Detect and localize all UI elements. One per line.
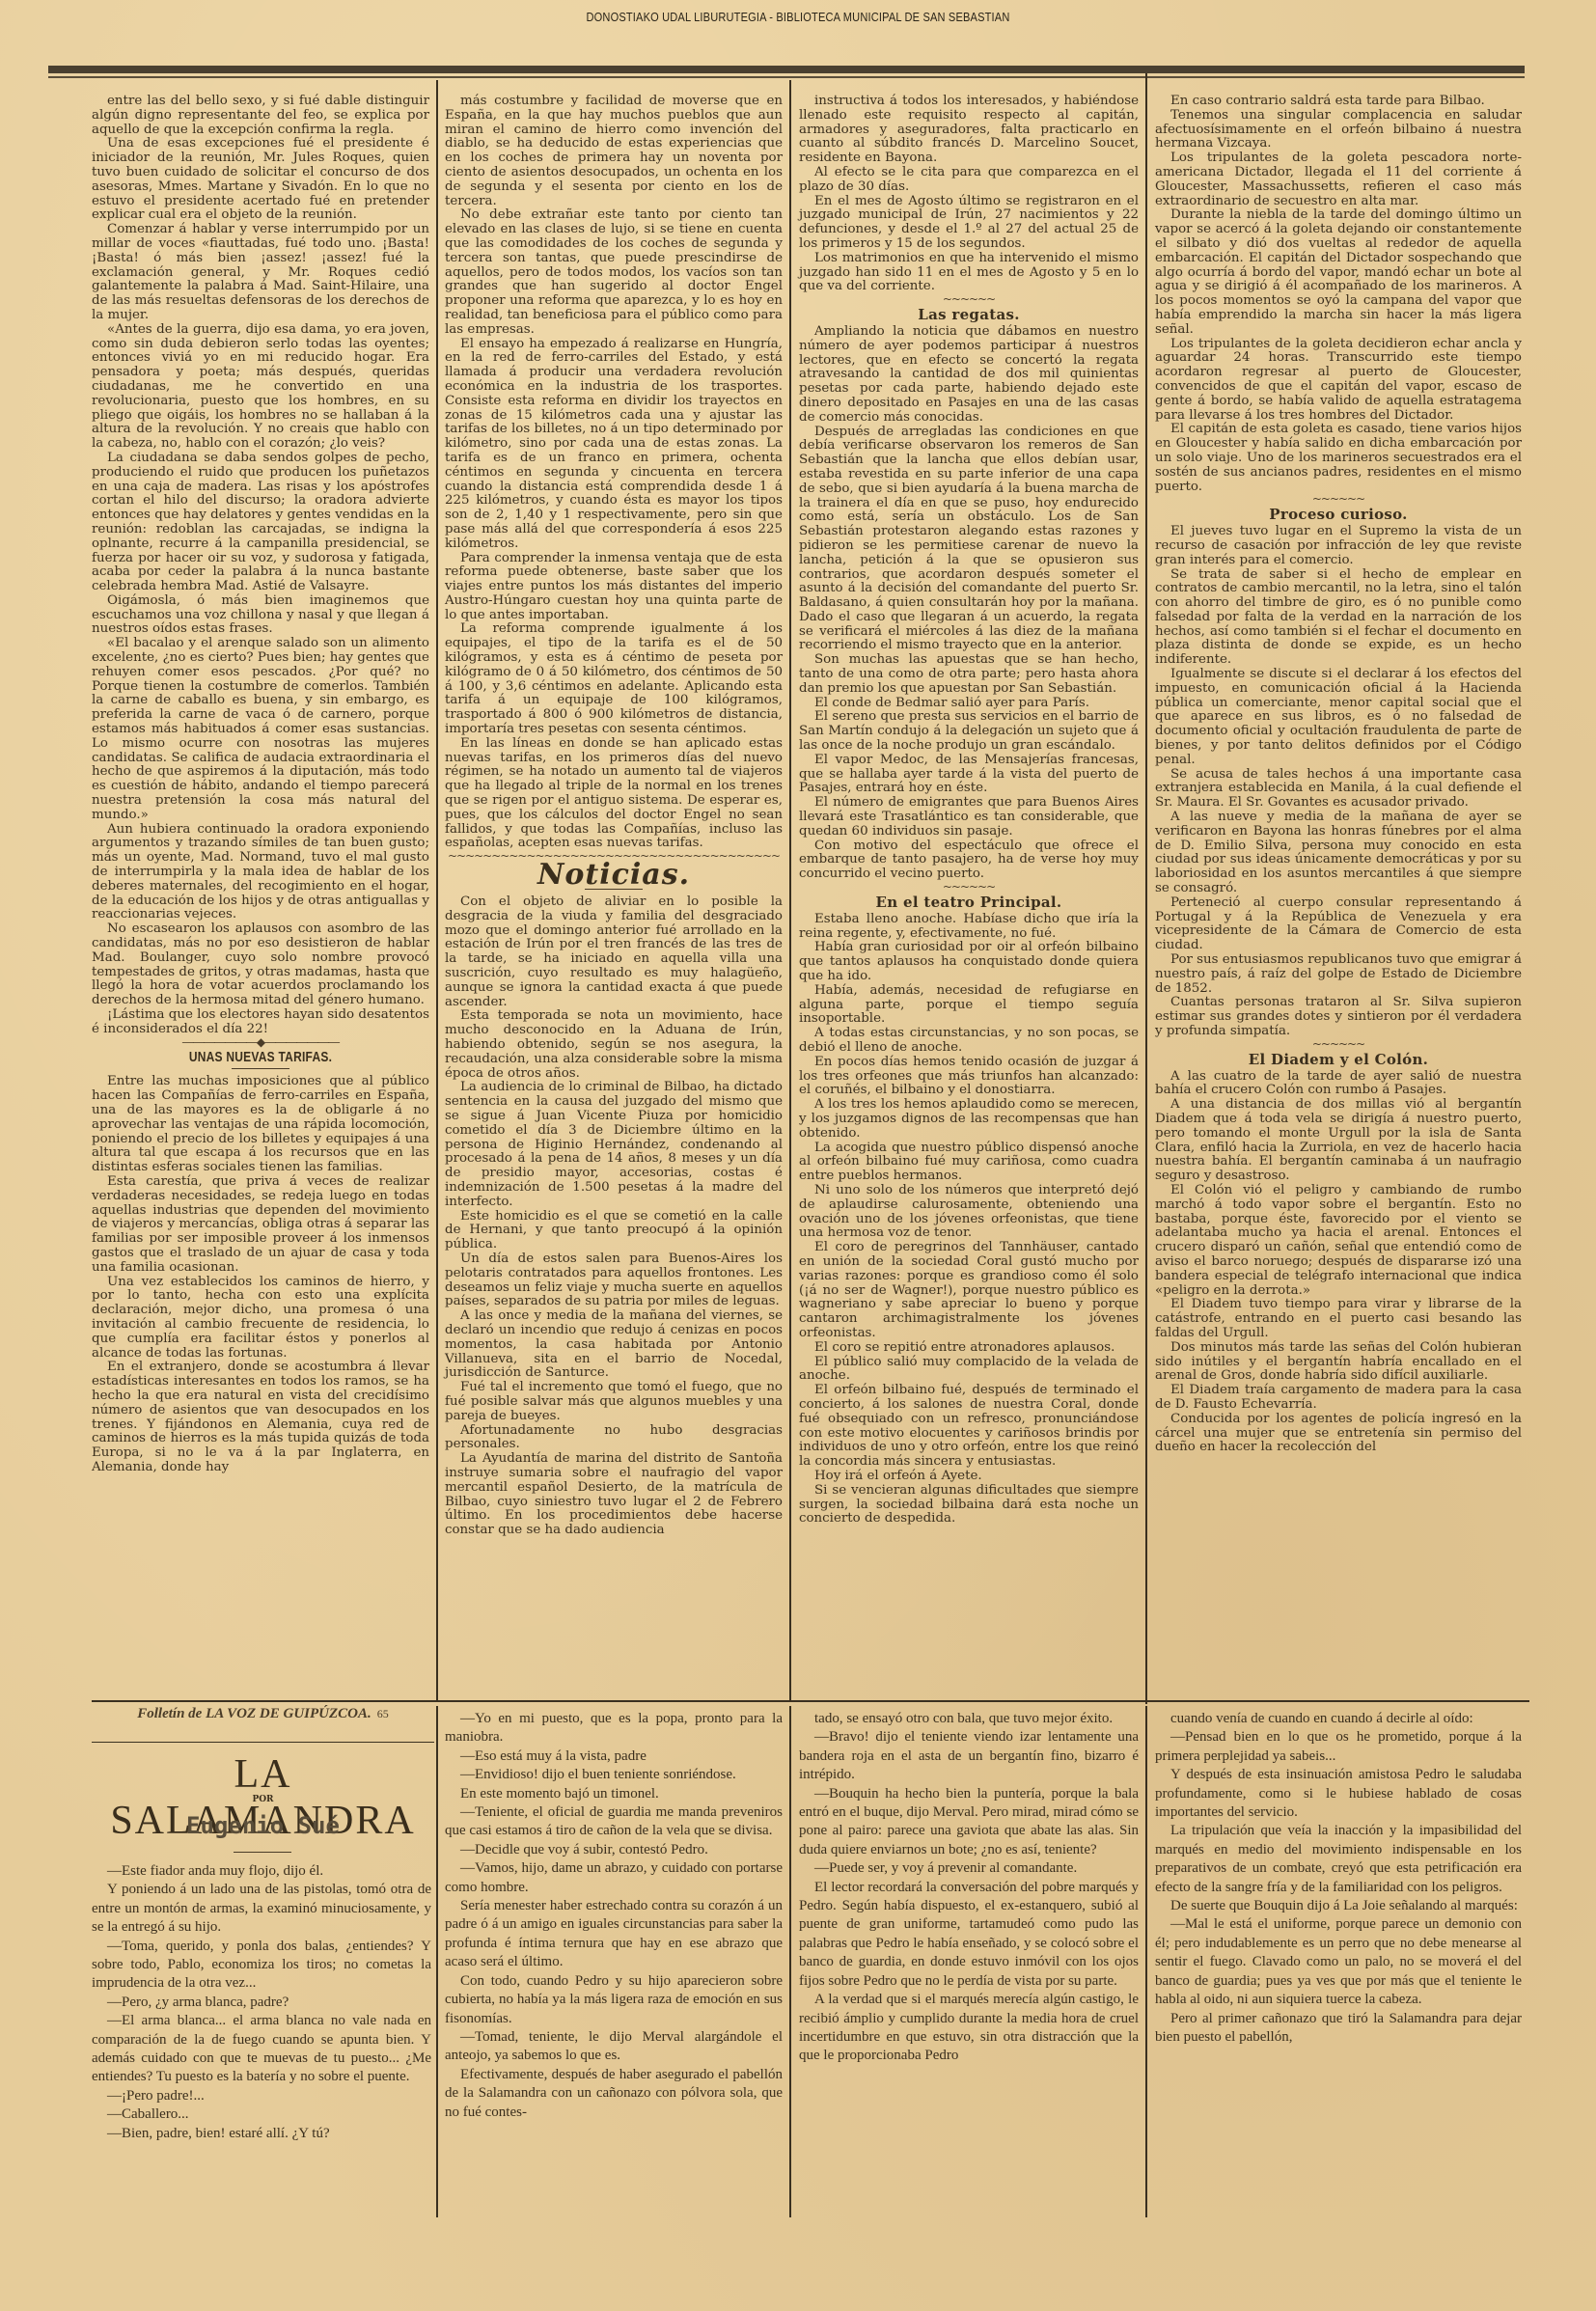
paragraph: Sería menester haber estrechado contra s…	[445, 1897, 783, 1972]
paragraph: Había gran curiosidad por oir al orfeón …	[799, 941, 1139, 983]
paragraph: En el mes de Agosto último se registraro…	[799, 195, 1139, 252]
column-divider	[789, 80, 791, 1701]
paragraph: Una vez establecidos los caminos de hier…	[92, 1276, 429, 1362]
paragraph: Los matrimonios en que ha intervenido el…	[799, 252, 1139, 294]
paragraph: La audiencia de lo criminal de Bilbao, h…	[445, 1081, 783, 1209]
folletin-header: Folletín de LA VOZ DE GUIPÚZCOA.65	[92, 1706, 434, 1722]
paragraph: El ensayo ha empezado á realizarse en Hu…	[445, 338, 783, 552]
column-divider	[1145, 73, 1147, 1704]
column-divider	[789, 1706, 791, 2217]
paragraph: —Tomad, teniente, le dijo Merval alargán…	[445, 2028, 783, 2066]
paragraph: —Pero, ¿y arma blanca, padre?	[92, 1994, 431, 2012]
column-1-paragraphs: entre las del bello sexo, y si fué dable…	[92, 95, 429, 1037]
paragraph: —Este fiador anda muy flojo, dijo él.	[92, 1862, 431, 1881]
ornament-divider: ―――――――◆―――――――	[92, 1037, 429, 1047]
paragraph: No escasearon los aplausos con asombro d…	[92, 922, 429, 1008]
paragraph: —Teniente, el oficial de guardia me mand…	[445, 1803, 783, 1841]
paragraph: El orfeón bilbaino fué, después de termi…	[799, 1384, 1139, 1470]
section-title-noticias: Noticias.	[445, 868, 783, 883]
paragraph: Son muchas las apuestas que se han hecho…	[799, 653, 1139, 696]
diadem-paragraphs: A las cuatro de la tarde de ayer salió d…	[1155, 1070, 1522, 1456]
paragraph: Con el objeto de aliviar en lo posible l…	[445, 895, 783, 1009]
novel-author: Eugenio Sué	[92, 1812, 434, 1839]
paragraph: instructiva á todos los interesados, y h…	[799, 95, 1139, 166]
tarifas-paragraphs: Entre las muchas imposiciones que al púb…	[92, 1075, 429, 1474]
folletin-rule	[92, 1742, 434, 1743]
paragraph: Y poniendo á un lado una de las pistolas…	[92, 1881, 431, 1937]
paragraph: En las líneas en donde se han aplicado e…	[445, 737, 783, 851]
paragraph: A las cuatro de la tarde de ayer salió d…	[1155, 1070, 1522, 1099]
section-title-proceso: Proceso curioso.	[1155, 508, 1522, 522]
paragraph: En pocos días hemos tenido ocasión de ju…	[799, 1056, 1139, 1098]
paragraph: —Mal le está el uniforme, porque parece …	[1155, 1915, 1522, 2009]
paragraph: La Ayudantía de marina del distrito de S…	[445, 1452, 783, 1538]
column-divider	[1145, 1706, 1147, 2217]
paragraph: —Vamos, hijo, dame un abrazo, y cuidado …	[445, 1859, 783, 1897]
folletin-column-3: tado, se ensayó otro con bala, que tuvo …	[799, 1710, 1139, 2066]
novel-por: POR	[92, 1795, 434, 1804]
column-2-paragraphs: más costumbre y facilidad de moverse que…	[445, 95, 783, 851]
wavy-divider: ~~~~~~	[1155, 494, 1522, 504]
paragraph: El vapor Medoc, de las Mensajerías franc…	[799, 754, 1139, 796]
paragraph: A la verdad que si el marqués merecía al…	[799, 1991, 1139, 2066]
paragraph: Este homicidio es el que se cometió en l…	[445, 1210, 783, 1252]
paragraph: Para comprender la inmensa ventaja que d…	[445, 552, 783, 623]
paragraph: —Yo en mi puesto, que es la popa, pronto…	[445, 1710, 783, 1747]
paragraph: El coro de peregrinos del Tannhäuser, ca…	[799, 1241, 1139, 1341]
paragraph: El número de emigrantes que para Buenos …	[799, 796, 1139, 839]
folletin-number: 65	[377, 1707, 389, 1720]
paragraph: —Bouquin ha hecho bien la puntería, porq…	[799, 1785, 1139, 1860]
paragraph: El coro se repitió entre atronadores apl…	[799, 1341, 1139, 1356]
folletin-column-1: —Este fiador anda muy flojo, dijo él.Y p…	[92, 1862, 431, 2143]
paragraph: Si se vencieran algunas dificultades que…	[799, 1484, 1139, 1527]
paragraph: Había, además, necesidad de refugiarse e…	[799, 984, 1139, 1027]
paragraph: Y después de esta insinuación amistosa P…	[1155, 1766, 1522, 1822]
column-3-paragraphs: instructiva á todos los interesados, y h…	[799, 95, 1139, 294]
paragraph: Durante la niebla de la tarde del doming…	[1155, 208, 1522, 337]
paragraph: —Eso está muy á la vista, padre	[445, 1747, 783, 1766]
paragraph: A las once y media de la mañana del vier…	[445, 1309, 783, 1381]
paragraph: «Antes de la guerra, dijo esa dama, yo e…	[92, 323, 429, 452]
paragraph: Tenemos una singular complacencia en sal…	[1155, 109, 1522, 151]
column-1: entre las del bello sexo, y si fué dable…	[92, 95, 429, 1475]
paragraph: Cuantas personas trataron al Sr. Silva s…	[1155, 996, 1522, 1038]
paragraph: «El bacalao y el arenque salado son un a…	[92, 637, 429, 822]
paragraph: tado, se ensayó otro con bala, que tuvo …	[799, 1710, 1139, 1728]
paragraph: Se trata de saber si el hecho de emplear…	[1155, 568, 1522, 669]
regatas-paragraphs: Ampliando la noticia que dábamos en nues…	[799, 325, 1139, 882]
wavy-divider: ~~~~~~	[799, 882, 1139, 892]
column-divider	[436, 1706, 438, 2217]
column-4-paragraphs: En caso contrario saldrá esta tarde para…	[1155, 95, 1522, 494]
paragraph: El Colón vió el peligro y cambiando de r…	[1155, 1184, 1522, 1298]
paragraph: Con todo, cuando Pedro y su hijo apareci…	[445, 1972, 783, 2028]
column-2: más costumbre y facilidad de moverse que…	[445, 95, 783, 1538]
folletin-top-rule	[92, 1700, 1529, 1702]
paragraph: Ni uno solo de los números que interpret…	[799, 1184, 1139, 1241]
paragraph: El Diadem traía cargamento de madera par…	[1155, 1384, 1522, 1413]
paragraph: A los tres los hemos aplaudido como se m…	[799, 1098, 1139, 1141]
paragraph: Entre las muchas imposiciones que al púb…	[92, 1075, 429, 1175]
teatro-paragraphs: Estaba lleno anoche. Habíase dicho que i…	[799, 913, 1139, 1527]
paragraph: Comenzar á hablar y verse interrumpido p…	[92, 223, 429, 323]
section-title-teatro: En el teatro Principal.	[799, 895, 1139, 910]
paragraph: El jueves tuvo lugar en el Supremo la vi…	[1155, 525, 1522, 567]
paragraph: —Bravo! dijo el teniente viendo izar len…	[799, 1728, 1139, 1784]
paragraph: —Envidioso! dijo el buen teniente sonrié…	[445, 1766, 783, 1784]
paragraph: Los tripulantes de la goleta pescadora n…	[1155, 151, 1522, 208]
paragraph: Perteneció al cuerpo consular representa…	[1155, 896, 1522, 953]
paragraph: Pero al primer cañonazo que tiró la Sala…	[1155, 2010, 1522, 2048]
section-title-regatas: Las regatas.	[799, 308, 1139, 322]
paragraph: Al efecto se le cita para que comparezca…	[799, 166, 1139, 195]
paragraph: Esta carestía, que priva á veces de real…	[92, 1175, 429, 1276]
paragraph: El sereno que presta sus servicios en el…	[799, 710, 1139, 753]
paragraph: Aun hubiera continuado la oradora exponi…	[92, 823, 429, 923]
paragraph: Afortunadamente no hubo desgracias perso…	[445, 1424, 783, 1453]
paragraph: cuando venía de cuando en cuando á decir…	[1155, 1710, 1522, 1728]
paragraph: A una distancia de dos millas vió al ber…	[1155, 1098, 1522, 1184]
folletin-column-2: —Yo en mi puesto, que es la popa, pronto…	[445, 1710, 783, 2122]
paragraph: La acogida que nuestro público dispensó …	[799, 1142, 1139, 1184]
paragraph: Con motivo del espectáculo que ofrece el…	[799, 839, 1139, 882]
paragraph: —Toma, querido, y ponla dos balas, ¿enti…	[92, 1938, 431, 1994]
paragraph: Dos minutos más tarde las señas del Coló…	[1155, 1341, 1522, 1384]
paragraph: El lector recordará la conversación del …	[799, 1879, 1139, 1991]
paragraph: Ampliando la noticia que dábamos en nues…	[799, 325, 1139, 426]
top-rule	[48, 66, 1525, 73]
paragraph: —Bien, padre, bien! estaré allí. ¿Y tú?	[92, 2125, 431, 2143]
wavy-divider: ~~~~~~	[1155, 1039, 1522, 1049]
paragraph: Después de arregladas las condiciones en…	[799, 426, 1139, 654]
paragraph: Igualmente se discute si el declarar á l…	[1155, 668, 1522, 768]
short-rule	[234, 1852, 291, 1853]
paragraph: —¡Pero padre!...	[92, 2087, 431, 2105]
paragraph: La ciudadana se daba sendos golpes de pe…	[92, 452, 429, 594]
paragraph: La reforma comprende igualmente á los eq…	[445, 622, 783, 736]
paragraph: más costumbre y facilidad de moverse que…	[445, 95, 783, 208]
paragraph: Fué tal el incremento que tomó el fuego,…	[445, 1381, 783, 1423]
paragraph: ¡Lástima que los electores hayan sido de…	[92, 1008, 429, 1037]
paragraph: A las nueve y media de la mañana de ayer…	[1155, 811, 1522, 896]
top-rule-thin	[48, 76, 1525, 78]
paragraph: En el extranjero, donde se acostumbra á …	[92, 1361, 429, 1474]
folletin-title: Folletín de LA VOZ DE GUIPÚZCOA.	[137, 1706, 371, 1721]
paragraph: El público salió muy complacido de la ve…	[799, 1356, 1139, 1385]
archive-header: DONOSTIAKO UDAL LIBURUTEGIA - BIBLIOTECA…	[120, 10, 1476, 24]
paragraph: Estaba lleno anoche. Habíase dicho que i…	[799, 913, 1139, 942]
paragraph: Un día de estos salen para Buenos-Aires …	[445, 1252, 783, 1309]
paragraph: En este momento bajó un timonel.	[445, 1785, 783, 1803]
paragraph: entre las del bello sexo, y si fué dable…	[92, 95, 429, 137]
paragraph: —El arma blanca... el arma blanca no val…	[92, 2012, 431, 2087]
column-divider	[436, 80, 438, 1701]
column-4: En caso contrario saldrá esta tarde para…	[1155, 95, 1522, 1455]
column-3: instructiva á todos los interesados, y h…	[799, 95, 1139, 1527]
paragraph: Oigámosla, ó más bien imaginemos que esc…	[92, 594, 429, 637]
noticias-paragraphs: Con el objeto de aliviar en lo posible l…	[445, 895, 783, 1538]
paragraph: —Pensad bien en lo que os he prometido, …	[1155, 1728, 1522, 1766]
paragraph: De suerte que Bouquin dijo á La Joie señ…	[1155, 1897, 1522, 1915]
paragraph: Conducida por los agentes de policía ing…	[1155, 1413, 1522, 1455]
paragraph: Esta temporada se nota un movimiento, ha…	[445, 1009, 783, 1081]
paragraph: La tripulación que veía la inacción y la…	[1155, 1822, 1522, 1897]
paragraph: En caso contrario saldrá esta tarde para…	[1155, 95, 1522, 109]
paragraph: —Caballero...	[92, 2105, 431, 2124]
paragraph: El Diadem tuvo tiempo para virar y libra…	[1155, 1298, 1522, 1340]
paragraph: Se acusa de tales hechos á una important…	[1155, 768, 1522, 811]
paragraph: Hoy irá el orfeón á Ayete.	[799, 1470, 1139, 1484]
paragraph: A todas estas circunstancias, y no son p…	[799, 1027, 1139, 1056]
wavy-divider: ~~~~~~	[799, 294, 1139, 304]
paragraph: —Decidle que voy á subir, contestó Pedro…	[445, 1841, 783, 1859]
paragraph: El capitán de esta goleta es casado, tie…	[1155, 423, 1522, 494]
paragraph: Por sus entusiasmos republicanos tuvo qu…	[1155, 953, 1522, 996]
section-title-tarifas: UNAS NUEVAS TARIFAS.	[125, 1051, 396, 1065]
folletin-column-4: cuando venía de cuando en cuando á decir…	[1155, 1710, 1522, 2047]
paragraph: No debe extrañar este tanto por ciento t…	[445, 208, 783, 337]
paragraph: El conde de Bedmar salió ayer para París…	[799, 697, 1139, 711]
paragraph: Efectivamente, después de haber asegurad…	[445, 2066, 783, 2122]
paragraph: Los tripulantes de la goleta decidieron …	[1155, 338, 1522, 424]
paragraph: —Puede ser, y voy á prevenir al comandan…	[799, 1859, 1139, 1878]
short-rule	[232, 1068, 289, 1069]
paragraph: Una de esas excepciones fué el president…	[92, 137, 429, 223]
section-title-diadem: El Diadem y el Colón.	[1155, 1053, 1522, 1067]
proceso-paragraphs: El jueves tuvo lugar en el Supremo la vi…	[1155, 525, 1522, 1039]
